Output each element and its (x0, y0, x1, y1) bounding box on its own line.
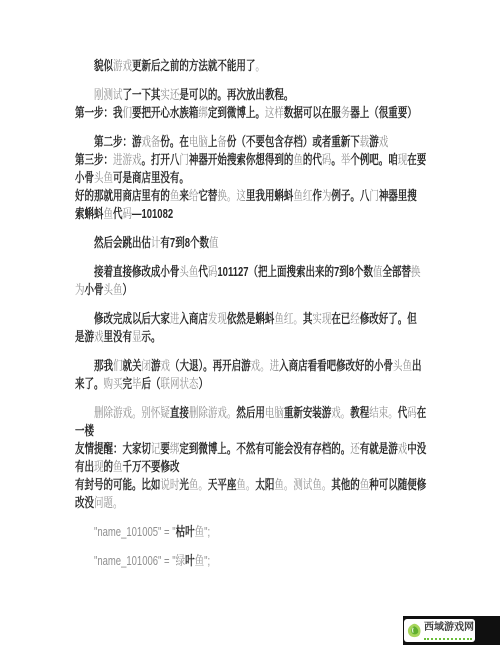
text-segment-light: 删除游戏。 (189, 405, 236, 420)
text-segment-light: 记 (151, 441, 161, 456)
text-segment-dark: 更新后之前的方法就不能用了 (132, 58, 255, 73)
text-segment-dark: 上 (208, 134, 218, 149)
text-segment-dark: 游 (151, 358, 161, 373)
text-segment-dark: 出 (412, 358, 422, 373)
text-segment-light: 码 (407, 405, 417, 420)
site-watermark: 西域游戏网 (403, 616, 500, 645)
text-segment-dark: 有出 (75, 459, 94, 474)
text-segment-light: 现 (94, 459, 104, 474)
text-segment-dark: 代 (198, 264, 208, 279)
text-segment-light: 鱼 (293, 152, 303, 167)
text-segment-light: 鱼"; (195, 553, 211, 568)
text-segment-light: 戏 (94, 329, 104, 344)
text-segment-light: 为 (75, 282, 85, 297)
text-segment-light: 门 (369, 188, 379, 203)
text-segment-dark: 在已 (331, 311, 350, 326)
text-segment-light: 头鱼 (94, 170, 113, 185)
text-segment-dark: 是可以的。再次放出教程。 (179, 87, 293, 102)
text-segment-light: 问题。 (94, 495, 122, 510)
text-segment-light: 经 (350, 311, 360, 326)
text-segment-light: 计 (151, 235, 161, 250)
text-segment-dark: 游 (369, 134, 379, 149)
text-segment-light: 闭 (141, 358, 151, 373)
text-segment-dark: 依然是蝌蚪 (227, 311, 274, 326)
text-segment-light: 戏。 (331, 405, 350, 420)
text-segment-light: 码 (322, 152, 332, 167)
site-label: 西域游戏网 (424, 622, 474, 640)
text-segment-dark: 在 (417, 405, 427, 420)
text-line: 友情提醒：大家切记要绑定到微博上。不然有可能会没有存档的。还有就是游戏中没 (75, 440, 382, 458)
text-segment-light: "name_101006" = " (94, 553, 176, 568)
text-segment-light: 鱼"; (195, 524, 211, 539)
text-segment-light: 头鱼 (393, 358, 412, 373)
text-segment-dark: 神器里搜 (379, 188, 417, 203)
text-segment-dark: 份。在 (160, 134, 188, 149)
text-segment-dark: 教程 (350, 405, 369, 420)
text-segment-dark: 是游 (75, 329, 94, 344)
text-segment-dark: （大退）。再开启游 (170, 358, 251, 373)
text-line: 第三步：进游戏。打开八门神器开始搜索你想得到的鱼的代码。举个例吧。咱现在要 (75, 151, 382, 169)
text-segment-light: 鱼 (360, 477, 370, 492)
text-segment-dark: 要把开心水族箱 (132, 105, 198, 120)
text-segment-light: 鱼红 (293, 188, 312, 203)
text-segment-light: 毕 (132, 376, 142, 391)
text-segment-light: 电脑 (265, 405, 284, 420)
text-segment-light: 鱼红。 (274, 311, 302, 326)
site-logo-icon (406, 623, 422, 639)
text-line: "name_101006" = "绿叶鱼"; (75, 552, 382, 570)
text-segment-light: 务 (341, 105, 351, 120)
text-segment-light: 举 (341, 152, 351, 167)
text-segment-light: 戏备 (141, 134, 160, 149)
text-segment-dark: 数据可以在服 (284, 105, 341, 120)
text-segment-light: 发现 (208, 311, 227, 326)
text-line: 接着直接修改成小骨头鱼代码101127（把上面搜索出来的7到8个数值全部替换 (75, 263, 382, 281)
text-segment-dark: 来 (179, 188, 189, 203)
text-segment-dark: 一楼 (75, 423, 94, 438)
text-segment-light: 实现 (312, 311, 331, 326)
text-segment-dark: 有7到8个数 (160, 235, 209, 250)
text-segment-dark: 。 (331, 152, 341, 167)
text-segment-dark: 修改好了。但 (360, 311, 417, 326)
text-segment-light: 绑 (170, 441, 180, 456)
text-segment-light: 戏 (398, 441, 408, 456)
text-segment-dark: 在要 (407, 152, 426, 167)
text-segment-dark: 修改完成以后大家 (94, 311, 170, 326)
text-segment-light: 鱼 (103, 206, 113, 221)
text-segment-dark: 定到微博上。不然有可能会没有存档的。 (179, 441, 350, 456)
text-segment-dark: 了一下其 (122, 87, 160, 102)
text-segment-dark: 代 (398, 405, 408, 420)
text-segment-dark: 第三步： (75, 152, 113, 167)
document-body: 貌似游戏更新后之前的方法就不能用了。刚测试了一下其实还是可以的。再次放出教程。第… (75, 57, 495, 570)
text-segment-light: 结束。 (369, 405, 397, 420)
text-segment-light: 头鱼 (103, 282, 122, 297)
text-segment-dark: 要 (160, 441, 170, 456)
text-segment-dark: 入商店 (179, 311, 207, 326)
text-segment-light: 码 (122, 206, 132, 221)
text-segment-dark: 的 (103, 459, 113, 474)
text-segment-dark: 索蝌蚪 (75, 206, 103, 221)
text-line: 来了。购买完毕后（联网状态） (75, 375, 382, 393)
text-line: 第二步：游戏备份。在电脑上备份（不要包含存档）或者重新下载游戏 (75, 133, 382, 151)
text-segment-dark: 代 (113, 206, 123, 221)
text-segment-light: 码 (208, 264, 218, 279)
text-segment-light: 游戏 (113, 58, 132, 73)
text-line: 貌似游戏更新后之前的方法就不能用了。 (75, 57, 382, 75)
text-segment-light: 进 (170, 311, 180, 326)
text-segment-dark: 光 (179, 477, 189, 492)
text-line: 一楼 (75, 422, 382, 440)
text-segment-light: 备 (217, 134, 227, 149)
text-segment-dark: 份（不要包含存档）或者重新下 (227, 134, 360, 149)
text-line: 第一步：我们要把开心水族箱绑定到微博上。这样数据可以在服务器上（很重要） (75, 104, 382, 122)
text-segment-light: 进游戏 (113, 152, 141, 167)
text-line: 有出现的鱼千万不要修改 (75, 458, 382, 476)
text-segment-light: 刚测试 (94, 87, 122, 102)
text-segment-dark: 神器开始搜索你想得到的 (189, 152, 293, 167)
text-segment-light: 们 (122, 105, 132, 120)
text-segment-dark: 定到微博上。 (208, 105, 265, 120)
text-segment-light: 绑 (198, 105, 208, 120)
text-line: 然后会跳出估计有7到8个数值 (75, 234, 382, 252)
text-segment-dark: 101127（把上面搜索出来的7到8个数 (217, 264, 373, 279)
text-line: 那我们就关闭游戏（大退）。再开启游戏。进入商店看看吧修改好的小骨头鱼出 (75, 357, 382, 375)
text-segment-light: 值 (209, 235, 219, 250)
text-segment-light: 载 (360, 134, 370, 149)
text-segment-dark: 叶 (185, 553, 195, 568)
text-line: 是游戏里没有显示。 (75, 328, 382, 346)
text-segment-light: 实还 (160, 87, 179, 102)
text-segment-dark: 就关 (122, 358, 141, 373)
text-segment-light: 头鱼 (179, 264, 198, 279)
text-segment-dark: 全部替 (382, 264, 410, 279)
text-line: 索蝌蚪鱼代码—101082 (75, 205, 382, 223)
text-segment-light: 门 (179, 152, 189, 167)
site-name: 西域游戏网 (424, 622, 474, 634)
text-segment-dark: 枯叶 (176, 524, 195, 539)
text-segment-dark: 入商店看看吧修改好的小骨 (279, 358, 393, 373)
text-segment-light: "name_101005" = " (94, 524, 176, 539)
text-line: 好的那就用商店里有的鱼来给它替换。这里我用蝌蚪鱼红作为例子。八门神器里搜 (75, 187, 382, 205)
text-segment-dark: 完 (122, 376, 132, 391)
text-segment-dark: ） (198, 376, 208, 391)
text-segment-dark: 太阳 (255, 477, 274, 492)
text-segment-light: 显 (132, 329, 142, 344)
text-segment-dark: 有就是游 (360, 441, 398, 456)
text-segment-light: 鱼。 (236, 477, 255, 492)
text-segment-light: 还 (350, 441, 360, 456)
text-line: 为小骨头鱼） (75, 281, 382, 299)
text-segment-dark: 接着直接修改成小骨 (94, 264, 179, 279)
text-segment-light: 给 (189, 188, 199, 203)
text-segment-dark: 友情提醒：大家切 (75, 441, 151, 456)
text-segment-light: 购买 (103, 376, 122, 391)
text-segment-dark: 其 (303, 311, 313, 326)
text-segment-light: 戏。进 (251, 358, 279, 373)
text-segment-dark: 小骨 (85, 282, 104, 297)
text-segment-light: 现 (398, 152, 408, 167)
text-segment-dark: 它替 (198, 188, 217, 203)
text-segment-light: 戏 (160, 358, 170, 373)
text-line: 刚测试了一下其实还是可以的。再次放出教程。 (75, 86, 382, 104)
text-segment-dark: ） (122, 282, 132, 297)
text-line: 删除游戏。别怀疑直接删除游戏。然后用电脑重新安装游戏。教程结束。代码在 (75, 404, 382, 422)
text-segment-dark: 器上（很重要） (350, 105, 416, 120)
text-segment-light: 值 (373, 264, 383, 279)
text-segment-light: 换 (411, 264, 421, 279)
text-segment-dark: 示。 (141, 329, 160, 344)
text-line: 修改完成以后大家进入商店发现依然是蝌蚪鱼红。其实现在已经修改好了。但 (75, 310, 382, 328)
text-segment-dark: 小骨 (75, 170, 94, 185)
text-line: "name_101005" = "枯叶鱼"; (75, 523, 382, 541)
text-segment-dark: 重新安装游 (284, 405, 331, 420)
text-segment-dark: 改没 (75, 495, 94, 510)
text-segment-dark: 的代 (303, 152, 322, 167)
text-segment-dark: 其他的 (331, 477, 359, 492)
text-segment-light: 鱼。 (189, 477, 208, 492)
text-segment-light: 为 (322, 188, 332, 203)
text-segment-light: 鱼。测试鱼。 (274, 477, 331, 492)
text-segment-dark: —101082 (132, 206, 173, 221)
text-segment-dark: 。打开八 (141, 152, 179, 167)
text-segment-dark: 后（ (141, 376, 160, 391)
site-caption-line (424, 635, 472, 640)
text-segment-light: 们 (113, 358, 123, 373)
text-segment-dark: 中没 (407, 441, 426, 456)
text-segment-dark: 第二步：游 (94, 134, 141, 149)
text-segment-light: 鱼 (113, 459, 123, 474)
text-segment-light: 这样 (265, 105, 284, 120)
text-segment-light: 戏 (379, 134, 389, 149)
text-segment-dark: 里我用蝌蚪 (246, 188, 293, 203)
site-badge: 西域游戏网 (404, 619, 475, 642)
text-line: 有封号的可能。比如说时光鱼。天平座鱼。太阳鱼。测试鱼。其他的鱼种可以随便修 (75, 476, 382, 494)
text-segment-dark: 种可以随便修 (369, 477, 426, 492)
text-segment-dark: 然后用 (236, 405, 264, 420)
text-segment-dark: 里没有 (103, 329, 131, 344)
text-segment-dark: 千万不要修改 (122, 459, 179, 474)
text-segment-light: 鱼 (170, 188, 180, 203)
text-segment-light: 电脑 (189, 134, 208, 149)
text-segment-dark: 可是商店里没有。 (113, 170, 189, 185)
text-line: 小骨头鱼可是商店里没有。 (75, 169, 382, 187)
text-segment-dark: 有封号的可能。比如 (75, 477, 160, 492)
text-segment-dark: 好的那就用商店里有的 (75, 188, 170, 203)
text-segment-dark: 貌似 (94, 58, 113, 73)
text-segment-light: 绿 (176, 553, 186, 568)
text-segment-dark: 个例吧。咱 (350, 152, 397, 167)
text-segment-dark: 那我 (94, 358, 113, 373)
text-segment-dark: 例子。八 (331, 188, 369, 203)
text-segment-light: 说时 (160, 477, 179, 492)
text-segment-light: 联网状态 (160, 376, 198, 391)
text-segment-dark: 天平座 (208, 477, 236, 492)
text-segment-dark: 直接 (170, 405, 189, 420)
text-segment-dark: 然后会跳出估 (94, 235, 151, 250)
text-segment-light: 删除游戏。别怀疑 (94, 405, 170, 420)
text-segment-light: 换。这 (217, 188, 245, 203)
text-segment-dark: 来了。 (75, 376, 103, 391)
text-segment-dark: 第一步：我 (75, 105, 122, 120)
text-segment-light: 。 (255, 58, 265, 73)
text-line: 改没问题。 (75, 494, 382, 512)
text-segment-dark: 作 (312, 188, 322, 203)
